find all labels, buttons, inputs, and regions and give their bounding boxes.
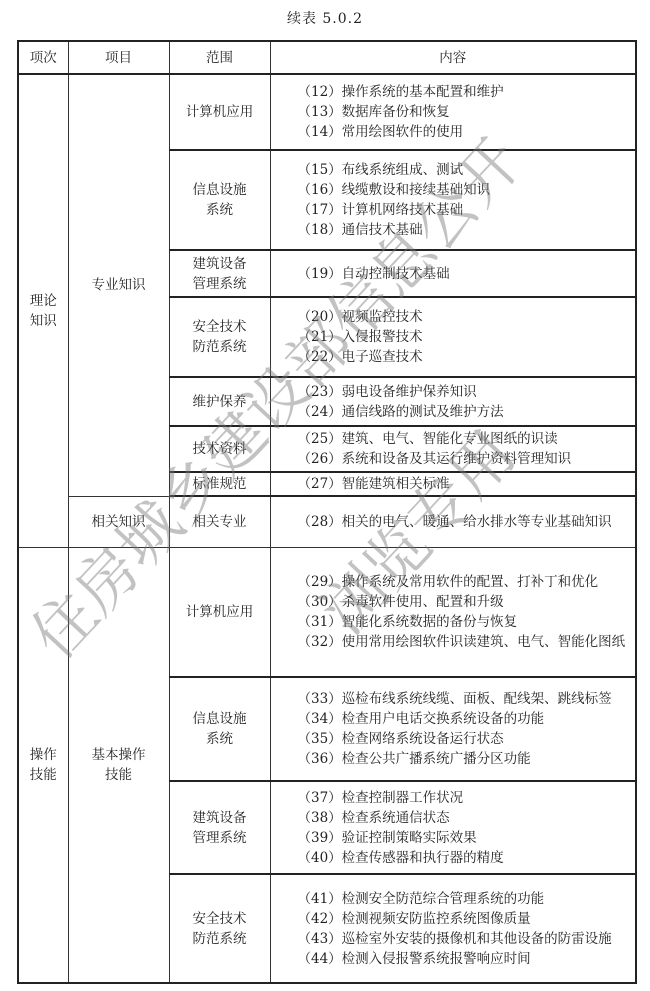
scope-cell: 信息设施 系统 bbox=[169, 150, 270, 250]
table-row: 理论 知识专业知识计算机应用（12）操作系统的基本配置和维护（13）数据库备份和… bbox=[18, 74, 636, 150]
scope-cell: 计算机应用 bbox=[169, 547, 270, 677]
table-header-row: 项次 项目 范围 内容 bbox=[18, 41, 636, 74]
content-cell: （29）操作系统及常用软件的配置、打补丁和优化（30）杀毒软件使用、配置和升级（… bbox=[270, 547, 636, 677]
content-cell: （27）智能建筑相关标准 bbox=[270, 472, 636, 496]
content-line: （37）检查控制器工作状况 bbox=[271, 788, 636, 808]
curriculum-table: 项次 项目 范围 内容 理论 知识专业知识计算机应用（12）操作系统的基本配置和… bbox=[17, 40, 637, 984]
content-line: （26）系统和设备及其运行维护资料管理知识 bbox=[271, 449, 636, 469]
content-line: （42）检测视频安防监控系统图像质量 bbox=[271, 909, 636, 929]
table-caption: 续表 5.0.2 bbox=[0, 8, 650, 28]
content-cell: （37）检查控制器工作状况（38）检查系统通信状态（39）验证控制策略实际效果（… bbox=[270, 781, 636, 874]
scope-cell: 技术资料 bbox=[169, 426, 270, 472]
content-line: （23）弱电设备维护保养知识 bbox=[271, 382, 636, 402]
content-cell: （15）布线系统组成、测试（16）线缆敷设和接续基础知识（17）计算机网络技术基… bbox=[270, 150, 636, 250]
table-body: 理论 知识专业知识计算机应用（12）操作系统的基本配置和维护（13）数据库备份和… bbox=[18, 74, 636, 983]
content-cell: （19）自动控制技术基础 bbox=[270, 250, 636, 297]
content-cell: （28）相关的电气、暖通、给水排水等专业基础知识 bbox=[270, 496, 636, 547]
header-cell-content: 内容 bbox=[270, 41, 636, 74]
scope-cell: 安全技术 防范系统 bbox=[169, 874, 270, 983]
category-cell: 理论 知识 bbox=[18, 74, 68, 547]
content-cell: （33）巡检布线系统线缆、面板、配线架、跳线标签（34）检查用户电话交换系统设备… bbox=[270, 677, 636, 781]
content-line: （29）操作系统及常用软件的配置、打补丁和优化 bbox=[271, 572, 636, 592]
content-line: （16）线缆敷设和接续基础知识 bbox=[271, 180, 636, 200]
header-cell-item: 项目 bbox=[68, 41, 169, 74]
content-line: （41）检测安全防范综合管理系统的功能 bbox=[271, 889, 636, 909]
content-line: （19）自动控制技术基础 bbox=[271, 264, 636, 284]
content-line: （13）数据库备份和恢复 bbox=[271, 102, 636, 122]
category-cell: 操作 技能 bbox=[18, 547, 68, 983]
scope-cell: 信息设施 系统 bbox=[169, 677, 270, 781]
content-line: （38）检查系统通信状态 bbox=[271, 808, 636, 828]
header-cell-index: 项次 bbox=[18, 41, 68, 74]
content-line: （40）检查传感器和执行器的精度 bbox=[271, 848, 636, 868]
scope-cell: 标准规范 bbox=[169, 472, 270, 496]
content-line: （30）杀毒软件使用、配置和升级 bbox=[271, 592, 636, 612]
content-line: （15）布线系统组成、测试 bbox=[271, 160, 636, 180]
content-line: （18）通信技术基础 bbox=[271, 220, 636, 240]
content-line: （35）检查网络系统设备运行状态 bbox=[271, 729, 636, 749]
scope-cell: 建筑设备 管理系统 bbox=[169, 781, 270, 874]
content-cell: （23）弱电设备维护保养知识（24）通信线路的测试及维护方法 bbox=[270, 377, 636, 426]
content-line: （36）检查公共广播系统广播分区功能 bbox=[271, 749, 636, 769]
content-line: （39）验证控制策略实际效果 bbox=[271, 828, 636, 848]
content-line: （22）电子巡查技术 bbox=[271, 347, 636, 367]
content-cell: （41）检测安全防范综合管理系统的功能（42）检测视频安防监控系统图像质量（43… bbox=[270, 874, 636, 983]
table-row: 操作 技能基本操作 技能计算机应用（29）操作系统及常用软件的配置、打补丁和优化… bbox=[18, 547, 636, 677]
content-cell: （12）操作系统的基本配置和维护（13）数据库备份和恢复（14）常用绘图软件的使… bbox=[270, 74, 636, 150]
scope-cell: 相关专业 bbox=[169, 496, 270, 547]
content-line: （25）建筑、电气、智能化专业图纸的识读 bbox=[271, 429, 636, 449]
content-line: （20）视频监控技术 bbox=[271, 307, 636, 327]
content-line: （12）操作系统的基本配置和维护 bbox=[271, 82, 636, 102]
scope-cell: 建筑设备 管理系统 bbox=[169, 250, 270, 297]
content-line: （17）计算机网络技术基础 bbox=[271, 200, 636, 220]
content-line: （44）检测入侵报警系统报警响应时间 bbox=[271, 949, 636, 969]
scope-cell: 计算机应用 bbox=[169, 74, 270, 150]
content-line: （31）智能化系统数据的备份与恢复 bbox=[271, 612, 636, 632]
content-line: （34）检查用户电话交换系统设备的功能 bbox=[271, 709, 636, 729]
content-line: （33）巡检布线系统线缆、面板、配线架、跳线标签 bbox=[271, 689, 636, 709]
content-line: （28）相关的电气、暖通、给水排水等专业基础知识 bbox=[271, 512, 636, 532]
table-row: 相关知识相关专业（28）相关的电气、暖通、给水排水等专业基础知识 bbox=[18, 496, 636, 547]
content-line: （32）使用常用绘图软件识读建筑、电气、智能化图纸 bbox=[271, 632, 636, 652]
item-cell: 相关知识 bbox=[68, 496, 169, 547]
content-line: （27）智能建筑相关标准 bbox=[271, 474, 636, 494]
scope-cell: 安全技术 防范系统 bbox=[169, 297, 270, 377]
content-cell: （25）建筑、电气、智能化专业图纸的识读（26）系统和设备及其运行维护资料管理知… bbox=[270, 426, 636, 472]
scope-cell: 维护保养 bbox=[169, 377, 270, 426]
content-cell: （20）视频监控技术（21）入侵报警技术（22）电子巡查技术 bbox=[270, 297, 636, 377]
item-cell: 基本操作 技能 bbox=[68, 547, 169, 983]
content-line: （14）常用绘图软件的使用 bbox=[271, 122, 636, 142]
content-line: （21）入侵报警技术 bbox=[271, 327, 636, 347]
content-line: （43）巡检室外安装的摄像机和其他设备的防雷设施 bbox=[271, 929, 636, 949]
content-line: （24）通信线路的测试及维护方法 bbox=[271, 402, 636, 422]
header-cell-scope: 范围 bbox=[169, 41, 270, 74]
item-cell: 专业知识 bbox=[68, 74, 169, 496]
